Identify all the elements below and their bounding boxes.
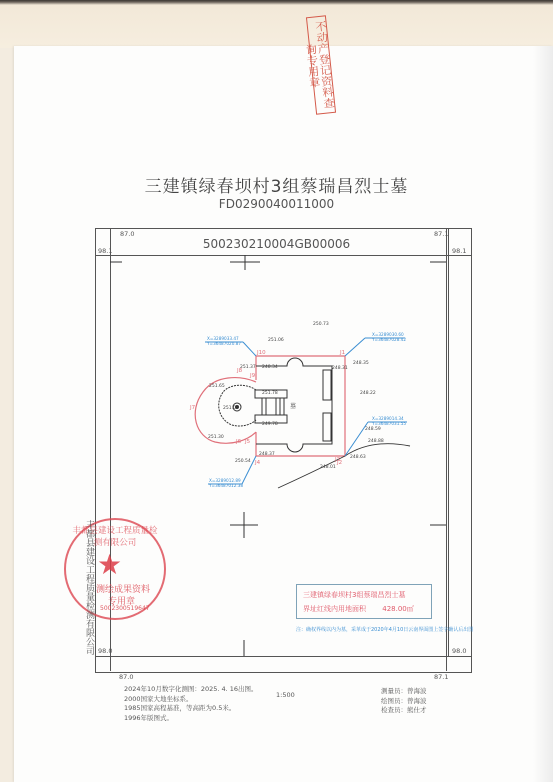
svg-text:Y=36487031.55: Y=36487031.55 — [371, 421, 406, 426]
footer-line: 2000国家大地坐标系。 — [124, 695, 258, 705]
company-name-vertical: 丰都县建设工程质量检测有限公司 — [83, 520, 93, 655]
legend-area-label: 界址红线内用地面积 — [303, 605, 366, 613]
svg-text:Y=36487012.38: Y=36487012.38 — [208, 483, 243, 488]
svg-text:Y=36487020.87: Y=36487020.87 — [206, 341, 241, 346]
svg-text:251.65: 251.65 — [209, 383, 225, 389]
svg-text:248.01: 248.01 — [320, 464, 336, 470]
svg-text:J9: J9 — [249, 373, 256, 379]
svg-text:251.06: 251.06 — [268, 337, 284, 343]
footer-line: 1985国家高程基准，等高距为0.5米。 — [124, 704, 258, 714]
svg-text:248.37: 248.37 — [259, 451, 275, 457]
svg-text:J6: J6 — [235, 439, 242, 445]
legend-area: 界址红线内用地面积 428.00㎡ — [297, 604, 431, 614]
svg-text:J10: J10 — [256, 350, 266, 356]
legend-title: 三建镇绿春坝村3组蔡瑞昌烈士墓 — [297, 590, 431, 600]
svg-text:248.59: 248.59 — [365, 426, 381, 432]
map-note: 注：确权界线以内为墓，采革成于2020年4月10日云南界面图上签字确认后出图 — [296, 626, 473, 633]
svg-text:248.34: 248.34 — [262, 364, 278, 370]
svg-text:251.30: 251.30 — [208, 434, 224, 440]
cadastral-map: X=3289033.47Y=36487020.87 X=3289030.60Y=… — [0, 0, 553, 782]
svg-text:J3: J3 — [334, 457, 341, 463]
footer-staff: 测量员：曾海波 绘图员：曾海波 检查员：熊仕才 — [381, 687, 427, 716]
inspector: 检查员：熊仕才 — [381, 706, 427, 716]
footer-line: 1996年版图式。 — [124, 714, 258, 724]
svg-text:J7: J7 — [189, 405, 196, 411]
svg-text:J5: J5 — [244, 439, 251, 445]
svg-text:250.54: 250.54 — [235, 458, 251, 464]
svg-text:249.78: 249.78 — [262, 421, 278, 427]
drafter: 绘图员：曾海波 — [381, 697, 427, 707]
svg-text:J1: J1 — [339, 350, 345, 356]
footer-line: 2024年10月数字化测图：2025. 4. 16出图。 — [124, 685, 258, 695]
svg-text:248.88: 248.88 — [368, 438, 384, 444]
svg-text:248.22: 248.22 — [360, 390, 376, 396]
star-icon: ★ — [97, 548, 122, 581]
parcel-legend: 三建镇绿春坝村3组蔡瑞昌烈士墓 界址红线内用地面积 428.00㎡ — [296, 584, 432, 619]
footer-notes: 2024年10月数字化测图：2025. 4. 16出图。 2000国家大地坐标系… — [124, 685, 258, 723]
svg-text:248.63: 248.63 — [350, 454, 366, 460]
svg-text:J4: J4 — [254, 460, 261, 466]
svg-text:Y=36487028.42: Y=36487028.42 — [371, 337, 406, 342]
legend-area-value: 428.00㎡ — [382, 605, 414, 613]
svg-text:251.78: 251.78 — [262, 390, 278, 396]
seal-number: 5002300519647 — [100, 605, 150, 612]
svg-text:251.37: 251.37 — [240, 364, 256, 370]
surveyor: 测量员：曾海波 — [381, 687, 427, 697]
svg-text:墓: 墓 — [290, 402, 296, 410]
svg-text:251.0: 251.0 — [223, 405, 236, 411]
svg-text:248.31: 248.31 — [332, 365, 348, 371]
svg-text:248.35: 248.35 — [353, 360, 369, 366]
map-scale: 1:500 — [276, 691, 295, 701]
svg-text:250.73: 250.73 — [313, 321, 329, 327]
